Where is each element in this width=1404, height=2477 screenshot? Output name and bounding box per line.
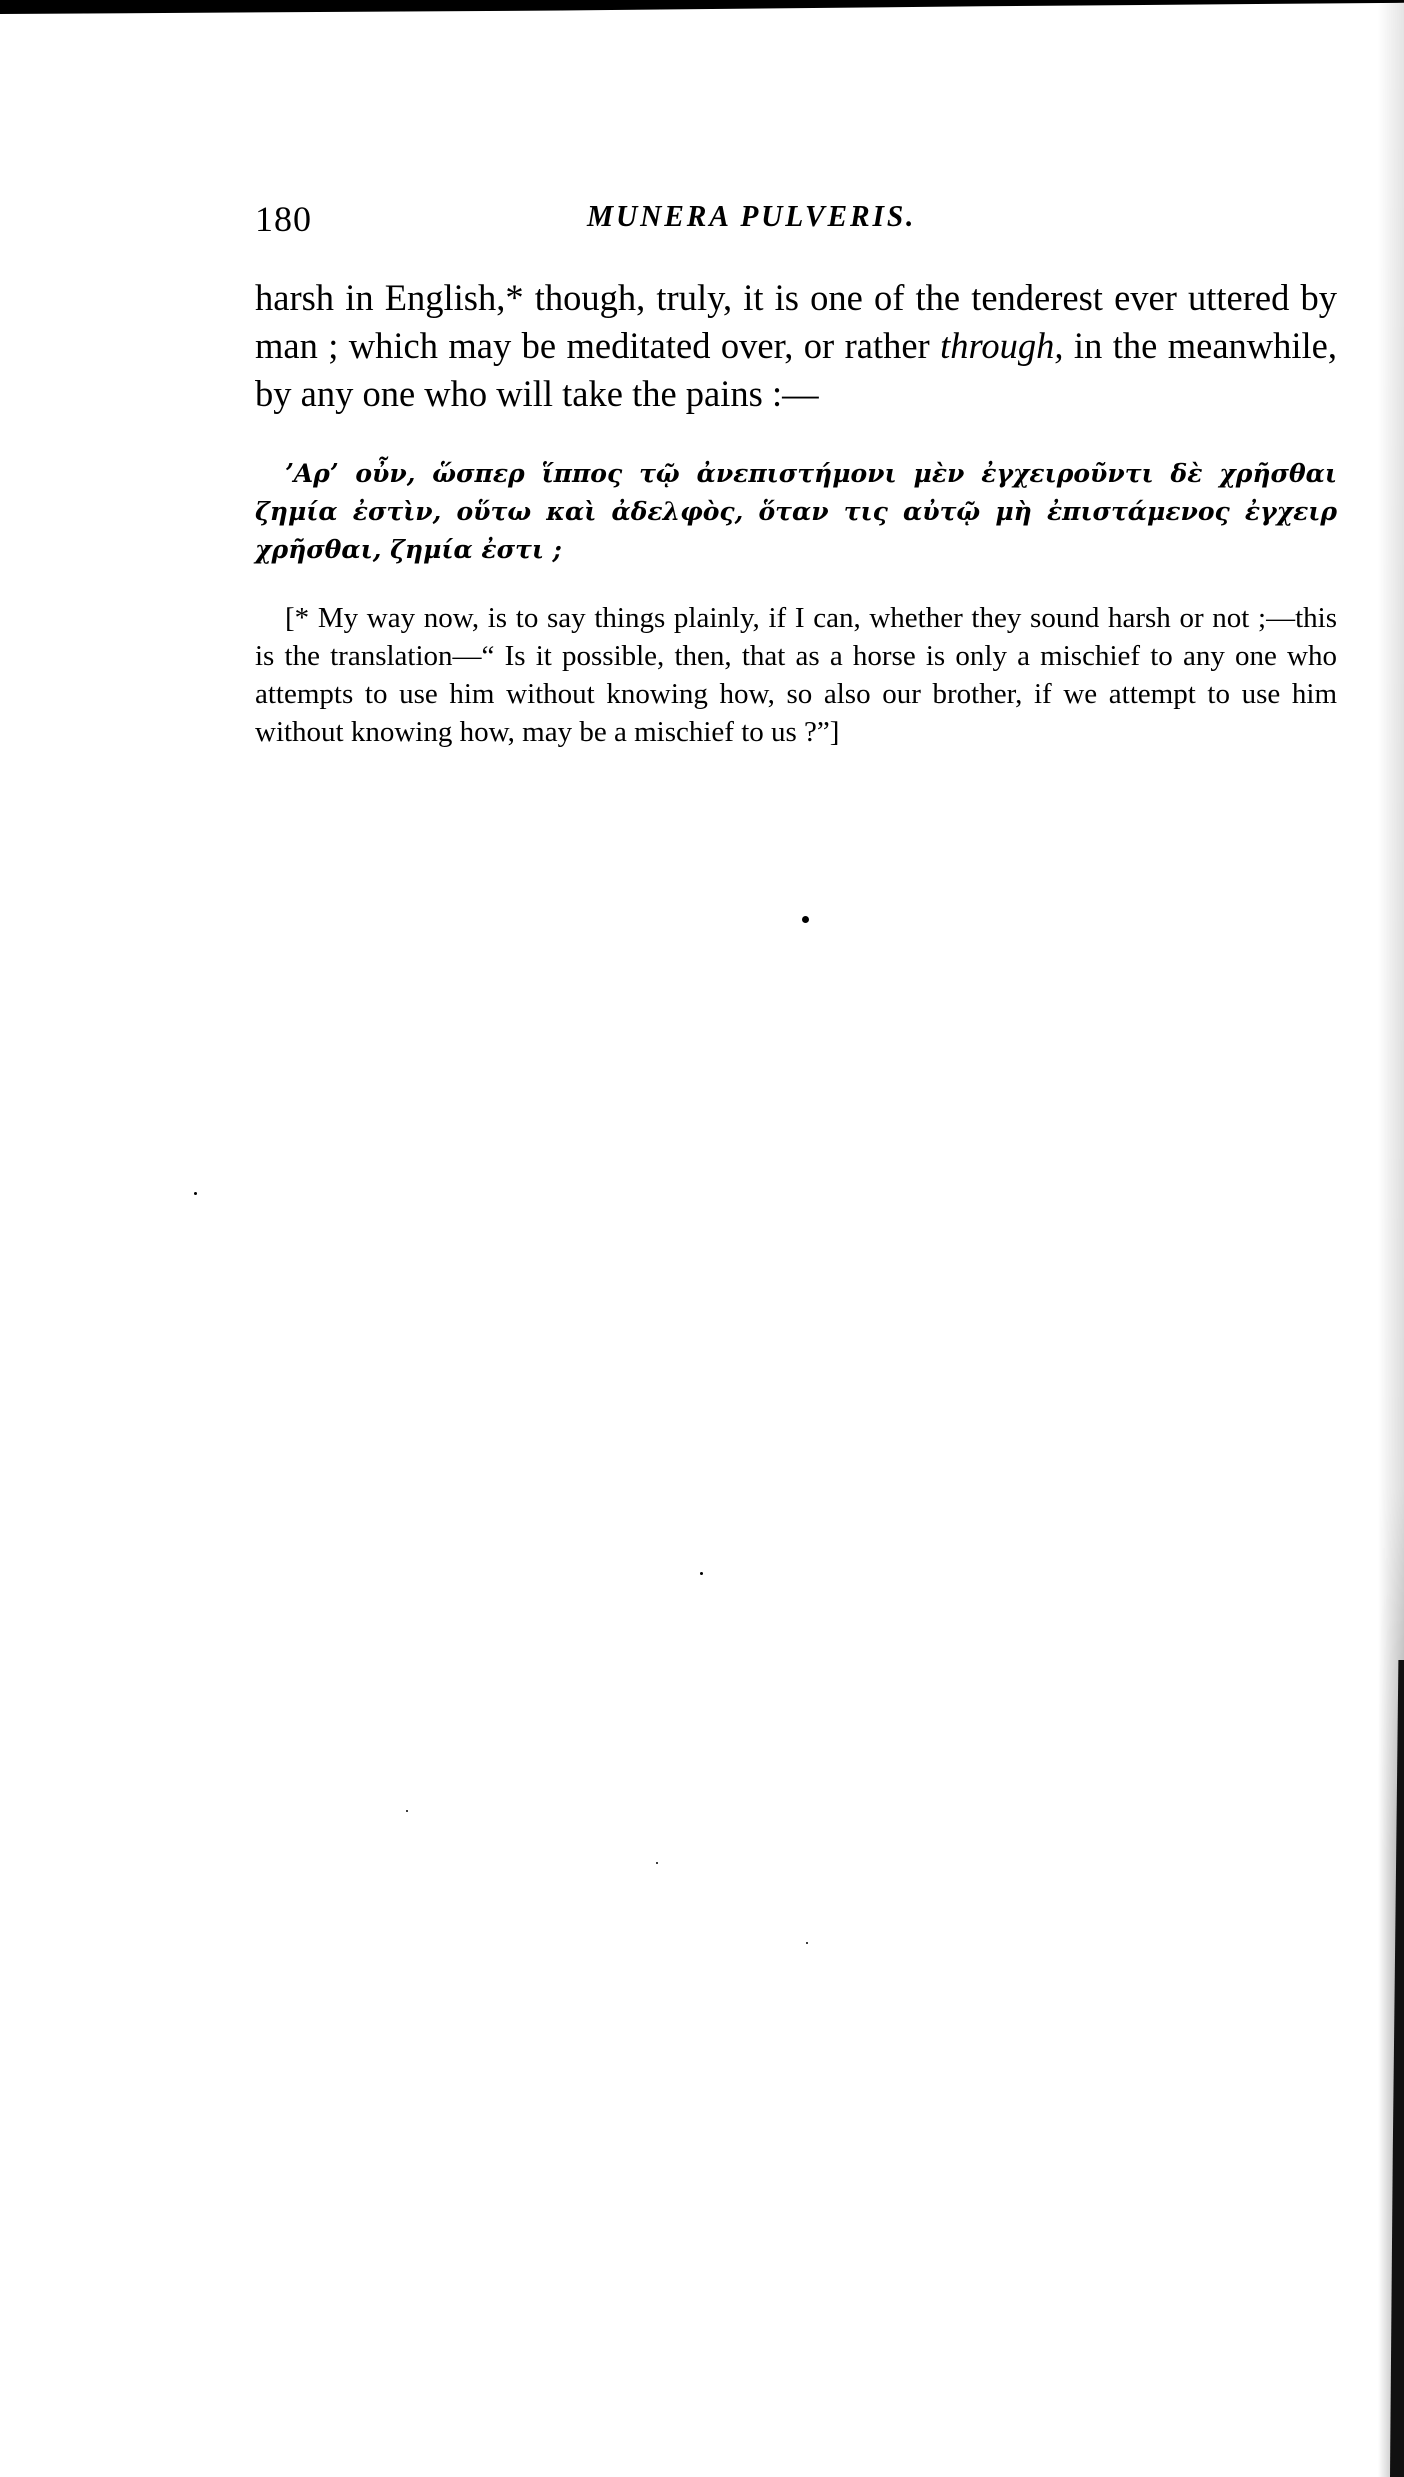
running-head: 180 MUNERA PULVERIS. <box>255 190 1340 250</box>
body-text-italic: through, <box>940 325 1063 366</box>
footnote: [* My way now, is to say things plainly,… <box>255 599 1337 751</box>
greek-quotation: ʼΑρʼ οὖν, ὥσπερ ἵππος τῷ ἀνεπιστήμονι μὲ… <box>255 455 1337 569</box>
scan-speck <box>656 1862 658 1864</box>
body-paragraph: harsh in English,* though, truly, it is … <box>255 274 1337 418</box>
running-title: MUNERA PULVERIS. <box>587 198 916 234</box>
scan-speck <box>406 1810 408 1812</box>
scan-speck <box>806 1942 808 1944</box>
scan-top-border <box>0 0 1404 14</box>
scan-speck <box>194 1192 197 1195</box>
end-mark <box>802 916 809 923</box>
page-number: 180 <box>255 198 312 240</box>
scan-speck <box>700 1572 703 1575</box>
book-page: 180 MUNERA PULVERIS. harsh in English,* … <box>255 190 1340 780</box>
